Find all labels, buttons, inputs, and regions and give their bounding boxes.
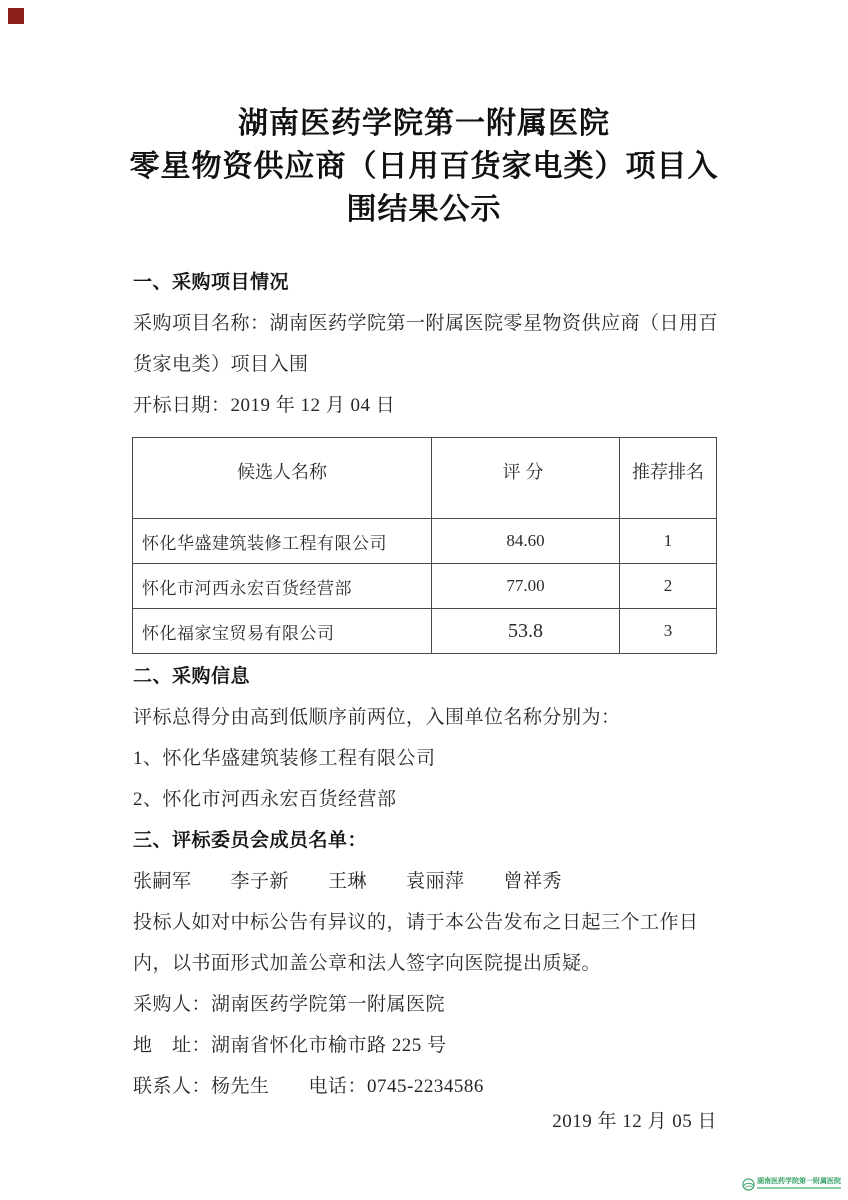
hospital-logo-icon	[742, 1178, 755, 1196]
address-line: 地 址：湖南省怀化市榆市路 225 号	[133, 1025, 717, 1066]
winner-1: 1、怀化华盛建筑装修工程有限公司	[133, 738, 717, 779]
document-body: 一、采购项目情况 采购项目名称：湖南医药学院第一附属医院零星物资供应商（日用百 …	[133, 0, 717, 1142]
objection-notice-line-1: 投标人如对中标公告有异议的，请于本公告发布之日起三个工作日	[133, 902, 717, 943]
rank-cell: 2	[620, 564, 717, 609]
section-2-heading: 二、采购信息	[133, 656, 717, 697]
candidates-table: 候选人名称 评分 推荐排名 怀化华盛建筑装修工程有限公司 84.60 1 怀化市…	[132, 437, 717, 654]
rank-cell: 3	[620, 609, 717, 654]
winner-2: 2、怀化市河西永宏百货经营部	[133, 779, 717, 820]
table-header-row: 候选人名称 评分 推荐排名	[133, 438, 717, 519]
red-corner-marker	[8, 8, 24, 24]
header-candidate-name: 候选人名称	[133, 438, 432, 519]
watermark-subtext-line	[757, 1187, 841, 1189]
document-page: 湖南医药学院第一附属医院 零星物资供应商（日用百货家电类）项目入 围结果公示 一…	[0, 0, 848, 1200]
committee-members: 张嗣军 李子新 王琳 袁丽萍 曾祥秀	[133, 861, 717, 902]
table-row: 怀化市河西永宏百货经营部 77.00 2	[133, 564, 717, 609]
score-cell: 84.60	[432, 519, 620, 564]
table-row: 怀化华盛建筑装修工程有限公司 84.60 1	[133, 519, 717, 564]
project-name-line-2: 货家电类）项目入围	[133, 344, 717, 385]
candidate-name-cell: 怀化华盛建筑装修工程有限公司	[133, 519, 432, 564]
score-cell: 77.00	[432, 564, 620, 609]
candidate-name-cell: 怀化市河西永宏百货经营部	[133, 564, 432, 609]
watermark-text: 湖南医药学院第一附属医院	[757, 1177, 841, 1186]
objection-notice-line-2: 内，以书面形式加盖公章和法人签字向医院提出质疑。	[133, 943, 717, 984]
table-row: 怀化福家宝贸易有限公司 53.8 3	[133, 609, 717, 654]
purchaser-line: 采购人：湖南医药学院第一附属医院	[133, 984, 717, 1025]
section-3-heading: 三、评标委员会成员名单：	[133, 820, 717, 861]
candidate-name-cell: 怀化福家宝贸易有限公司	[133, 609, 432, 654]
section-1-heading: 一、采购项目情况	[133, 262, 717, 303]
header-rank: 推荐排名	[620, 438, 717, 519]
bid-open-date: 开标日期：2019 年 12 月 04 日	[133, 385, 717, 426]
hospital-watermark: 湖南医药学院第一附属医院	[742, 1177, 846, 1196]
project-name-line-1: 采购项目名称：湖南医药学院第一附属医院零星物资供应商（日用百	[133, 303, 717, 344]
header-score: 评分	[432, 438, 620, 519]
score-cell: 53.8	[432, 609, 620, 654]
evaluation-intro: 评标总得分由高到低顺序前两位，入围单位名称分别为：	[133, 697, 717, 738]
publish-date: 2019 年 12 月 05 日	[133, 1101, 717, 1142]
rank-cell: 1	[620, 519, 717, 564]
